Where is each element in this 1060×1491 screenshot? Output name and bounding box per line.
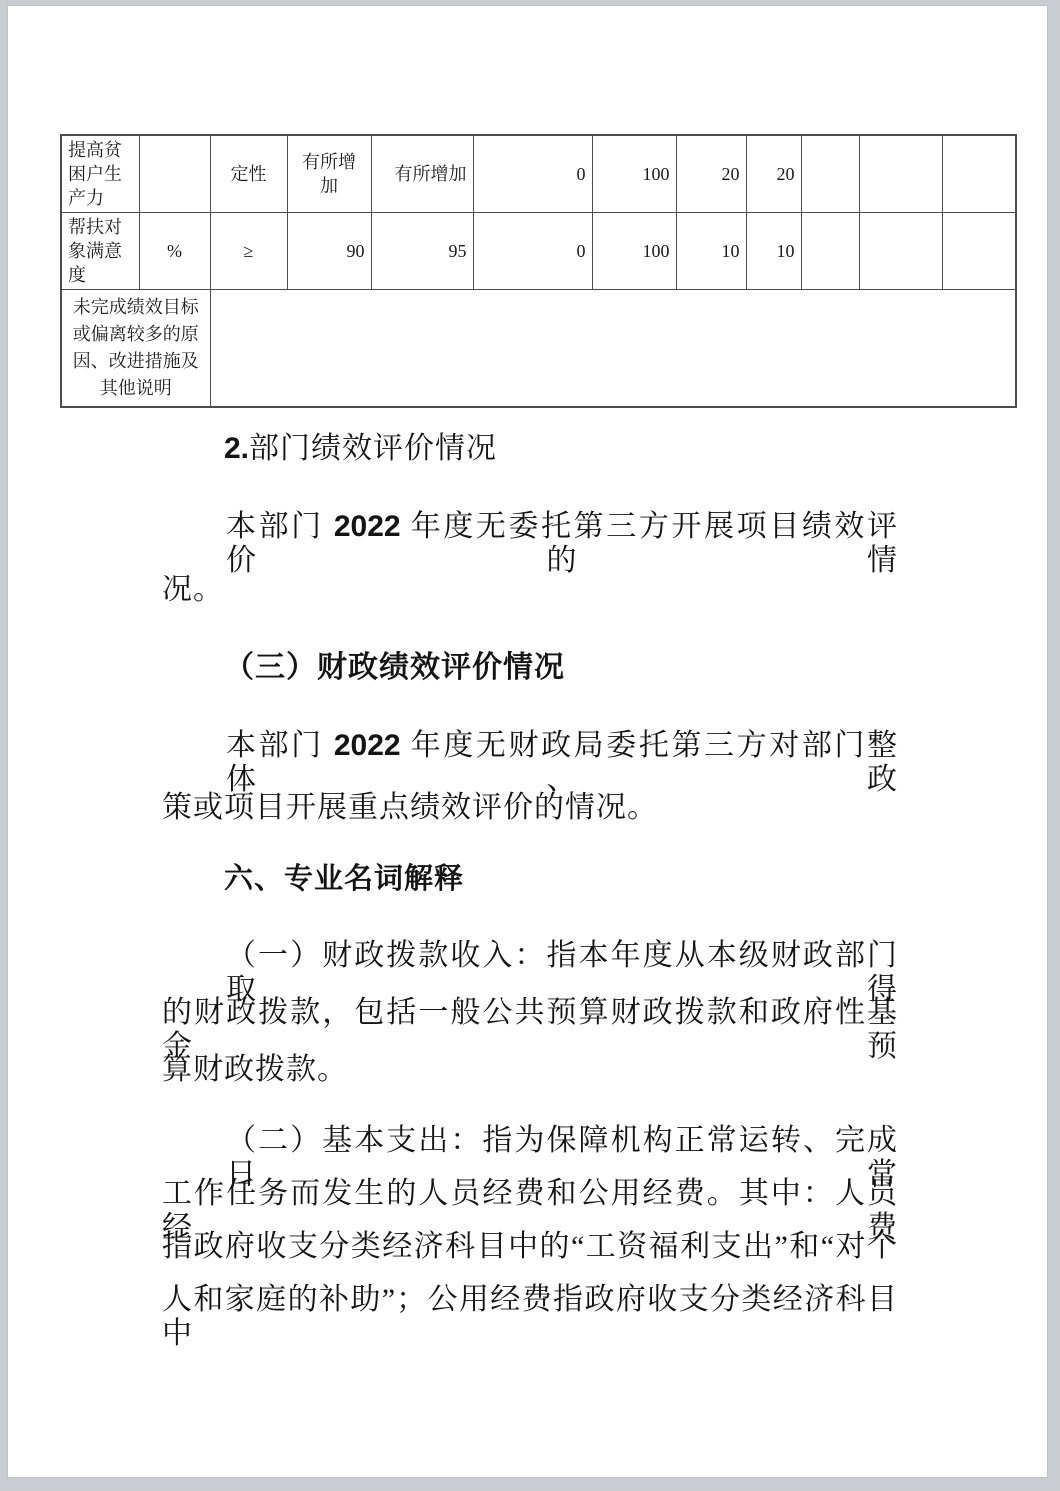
table-row: 帮扶对象满意度 % ≥ 90 95 0 100 10 10 xyxy=(61,213,1016,290)
paragraph-line: 况。 xyxy=(162,573,898,609)
paragraph-line: 本部门 2022 年度无财政局委托第三方对部门整体、政 xyxy=(226,729,898,765)
section-heading-glossary: 六、专业名词解释 xyxy=(224,862,464,898)
value-cell: 20 xyxy=(676,135,746,213)
year-number: 2022 xyxy=(334,729,401,762)
unit-cell: % xyxy=(139,213,210,290)
line-text: 本部门 xyxy=(226,510,334,543)
value-cell: 10 xyxy=(746,213,801,290)
empty-cell xyxy=(859,213,942,290)
criteria-cell: 定性 xyxy=(210,135,287,213)
paragraph-line: （一）财政拨款收入：指本年度从本级财政部门取得 xyxy=(226,939,898,975)
value-cell: 20 xyxy=(746,135,801,213)
heading-number: 2. xyxy=(224,432,249,465)
heading-text: 部门绩效评价情况 xyxy=(249,432,497,465)
footer-value-cell xyxy=(210,290,1016,407)
paragraph-line: 算财政拨款。 xyxy=(162,1053,898,1089)
criteria-cell: ≥ xyxy=(210,213,287,290)
line-text: 本部门 xyxy=(226,729,334,762)
section-heading-finance-eval: （三）财政绩效评价情况 xyxy=(224,651,565,687)
empty-cell xyxy=(801,213,859,290)
footer-label-cell: 未完成绩效目标或偏离较多的原因、改进措施及其他说明 xyxy=(61,290,210,407)
value-cell: 0 xyxy=(473,135,592,213)
actual-value-cell: 有所增加 xyxy=(371,135,473,213)
paragraph-line: 工作任务而发生的人员经费和公用经费。其中：人员经费 xyxy=(162,1177,898,1213)
actual-value-cell: 95 xyxy=(371,213,473,290)
value-cell: 10 xyxy=(676,213,746,290)
unit-cell xyxy=(139,135,210,213)
indicator-cell: 帮扶对象满意度 xyxy=(61,213,139,290)
empty-cell xyxy=(942,213,1016,290)
empty-cell xyxy=(859,135,942,213)
target-value-cell: 90 xyxy=(287,213,371,290)
value-cell: 100 xyxy=(592,213,676,290)
target-value-cell: 有所增加 xyxy=(287,135,371,213)
year-number: 2022 xyxy=(334,510,401,543)
document-page: { "table": { "rows": [ { "indicator": "提… xyxy=(0,0,1060,1491)
empty-cell xyxy=(942,135,1016,213)
performance-indicator-table: 提高贫困户生产力 定性 有所增加 有所增加 0 100 20 20 帮扶对象满意… xyxy=(60,134,1017,408)
table-row: 提高贫困户生产力 定性 有所增加 有所增加 0 100 20 20 xyxy=(61,135,1016,213)
paragraph-line: 人和家庭的补助”；公用经费指政府收支分类经济科目中 xyxy=(162,1283,898,1319)
paragraph-line: 的财政拨款，包括一般公共预算财政拨款和政府性基金预 xyxy=(162,996,898,1032)
paragraph-line: （二）基本支出：指为保障机构正常运转、完成日常 xyxy=(226,1124,898,1160)
table-footer-row: 未完成绩效目标或偏离较多的原因、改进措施及其他说明 xyxy=(61,290,1016,407)
section-heading-dept-eval: 2.部门绩效评价情况 xyxy=(224,432,497,468)
paragraph-line: 策或项目开展重点绩效评价的情况。 xyxy=(162,791,898,827)
paragraph-line: 本部门 2022 年度无委托第三方开展项目绩效评价的情 xyxy=(226,510,898,546)
empty-cell xyxy=(801,135,859,213)
value-cell: 0 xyxy=(473,213,592,290)
indicator-cell: 提高贫困户生产力 xyxy=(61,135,139,213)
value-cell: 100 xyxy=(592,135,676,213)
paragraph-line: 指政府收支分类经济科目中的“工资福利支出”和“对个 xyxy=(162,1230,898,1266)
